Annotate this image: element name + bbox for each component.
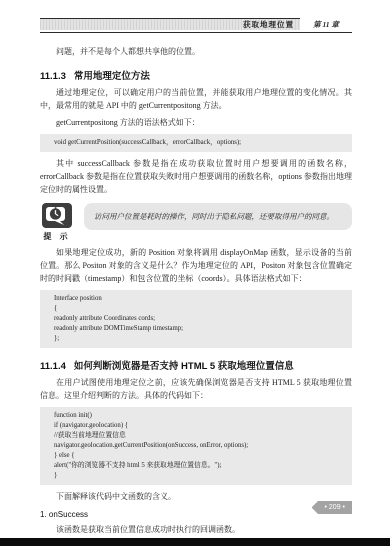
tip-label: 提 示 xyxy=(40,231,74,242)
code-line: readonly attribute DOMTimeStamp timestam… xyxy=(54,324,346,334)
running-header: 获取地理位置 第 11 章 xyxy=(40,18,352,33)
code-line: function init() xyxy=(54,411,346,421)
code-line: //获取当前地理位置信息 xyxy=(54,431,346,441)
header-chapter-label: 第 11 章 xyxy=(300,18,352,30)
paragraph: 其中 successCallback 参数是指在成功获取位置时用户想要调用的函数… xyxy=(40,157,352,196)
paragraph: 如果地理定位成功，新的 Position 对象将调用 displayOnMap … xyxy=(40,246,352,285)
tip-box: 提 示 访问用户位置是耗时的操作，同时出于隐私问题，还要取得用户的同意。 xyxy=(40,203,352,242)
paragraph: 下面解释该代码中文函数的含义。 xyxy=(40,490,352,503)
tip-bubble-text: 访问用户位置是耗时的操作，同时出于隐私问题，还要取得用户的同意。 xyxy=(84,203,352,230)
header-bar: 获取地理位置 xyxy=(40,18,300,30)
code-line: }; xyxy=(54,334,346,344)
code-block-getcurrentposition: void getCurrentPosition(successCallback，… xyxy=(40,134,352,152)
code-line: } else { xyxy=(54,451,346,461)
code-line: alert("你的浏览器不支持 html 5 来获取地理位置信息。"); xyxy=(54,461,346,471)
section-number: 11.1.3 xyxy=(40,71,66,82)
section-heading-1114: 11.1.4如何判断浏览器是否支持 HTML 5 获取地理位置信息 xyxy=(40,358,352,372)
paragraph: 通过地理定位，可以确定用户的当前位置，并能获取用户地理位置的变化情况。其中，最常… xyxy=(40,86,352,112)
page-number-badge: • 209 • xyxy=(312,501,352,514)
intro-paragraph: 问题，并不是每个人都想共享他的位置。 xyxy=(40,45,352,58)
section-heading-1113: 11.1.3常用地理定位方法 xyxy=(40,68,352,82)
stopwatch-bubble-icon xyxy=(42,203,72,228)
code-line: Interface position xyxy=(54,294,346,304)
section-title: 常用地理定位方法 xyxy=(74,71,150,82)
paragraph: 该函数是获取当前位置信息成功时执行的回调函数。 xyxy=(40,523,352,536)
header-section-title: 获取地理位置 xyxy=(243,19,294,30)
scan-edge-bar xyxy=(0,538,390,546)
code-line: navigator.geolocation.getCurrentPosition… xyxy=(54,441,346,451)
code-line: } xyxy=(54,471,346,481)
tip-icon-column: 提 示 xyxy=(40,203,74,242)
section-number: 11.1.4 xyxy=(40,361,66,372)
code-line: readonly attribute Coordinates cords; xyxy=(54,314,346,324)
book-page: 获取地理位置 第 11 章 问题，并不是每个人都想共享他的位置。 11.1.3常… xyxy=(0,0,390,546)
paragraph: getCurrentpositong 方法的语法格式如下： xyxy=(40,116,352,129)
code-block-position-interface: Interface position { readonly attribute … xyxy=(40,290,352,348)
code-line: { xyxy=(54,304,346,314)
code-block-init-function: function init() if (navigator.geolocatio… xyxy=(40,407,352,485)
code-line: void getCurrentPosition(successCallback，… xyxy=(54,138,346,148)
section-title: 如何判断浏览器是否支持 HTML 5 获取地理位置信息 xyxy=(74,361,294,372)
code-line: if (navigator.geolocation) { xyxy=(54,421,346,431)
paragraph: 在用户试图使用地理定位之前，应该先确保浏览器是否支持 HTML 5 获取地理位置… xyxy=(40,376,352,402)
sub-item-onsuccess: 1. onSuccess xyxy=(40,510,352,519)
